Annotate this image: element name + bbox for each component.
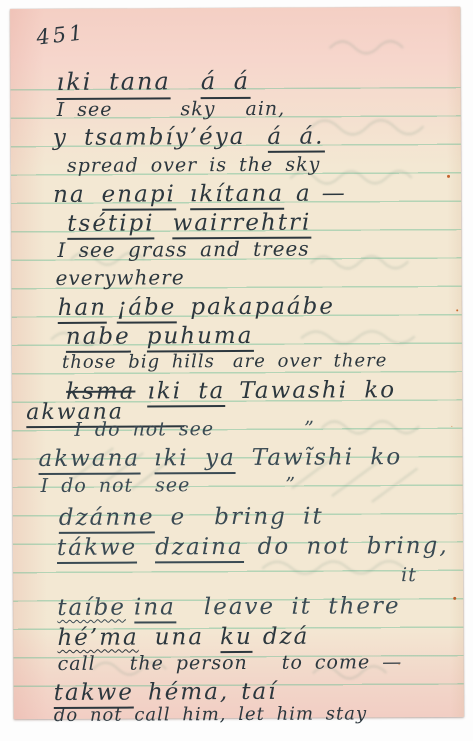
native-text: dzaina bbox=[155, 534, 244, 564]
gloss-text: call bbox=[58, 654, 96, 676]
handwritten-line-9: han¡ábepakapaábe bbox=[58, 293, 335, 324]
handwritten-line-15: akwanaıki yaTawĩshi ko bbox=[38, 444, 402, 475]
native-text: tákwe bbox=[57, 535, 137, 565]
gloss-text: I see grass and trees bbox=[57, 238, 309, 262]
handwritten-line-1: ıki tanaá á bbox=[56, 68, 250, 100]
gloss-text: spread over is the sky bbox=[67, 155, 320, 178]
handwritten-line-2: I seeskyain, bbox=[57, 99, 286, 122]
handwritten-line-16: I do notsee” bbox=[41, 475, 297, 498]
native-text: tsétipi bbox=[67, 210, 154, 240]
handwritten-line-4: spread over is the sky bbox=[67, 155, 320, 178]
handwritten-line-22: callthe persontocome — bbox=[58, 652, 403, 676]
native-text: taí bbox=[241, 679, 277, 706]
handwritten-line-14: I do not see” bbox=[74, 419, 315, 442]
gloss-text: are over there bbox=[233, 351, 388, 372]
native-text: Tawĩshi ko bbox=[252, 444, 403, 471]
native-text: ina bbox=[134, 594, 176, 624]
native-text: na bbox=[53, 182, 86, 209]
native-text: e bbox=[171, 504, 187, 531]
gloss-text: do not call him, let him stay bbox=[54, 704, 367, 726]
native-text: una bbox=[155, 624, 204, 651]
handwritten-line-3: y tsambíy’éyaá á. bbox=[53, 124, 325, 155]
native-text: — bbox=[322, 180, 347, 207]
native-text: á á bbox=[201, 68, 250, 99]
native-text: ıki ya bbox=[154, 445, 236, 475]
handwritten-line-6: tsétipiwairrehtri bbox=[67, 210, 311, 241]
gloss-text: I see bbox=[57, 100, 113, 122]
handwritten-line-24: do not call him, let him stay bbox=[54, 704, 367, 726]
gloss-text: the person bbox=[130, 653, 248, 675]
handwritten-line-19: it bbox=[401, 565, 417, 587]
scanned-document: { "document": { "kind": "handwritten fie… bbox=[0, 0, 473, 741]
handwritten-line-21: hé’maunakudzá bbox=[57, 624, 309, 655]
native-text: akwana bbox=[38, 446, 140, 476]
handwritten-line-20: taíbeinaleave it there bbox=[57, 593, 400, 624]
manuscript-page: 451 ıki tanaá áI seeskyain,y tsambíy’éya… bbox=[10, 7, 464, 719]
handwritten-line-17: dzánneebring it bbox=[59, 504, 324, 535]
handwritten-line-7: I see grass and trees bbox=[57, 238, 309, 262]
handwritten-line-18: tákwedzainado not bring, bbox=[57, 533, 449, 564]
gloss-text: see bbox=[155, 475, 190, 497]
native-text: bring it bbox=[214, 504, 324, 531]
native-text: ku bbox=[220, 624, 253, 654]
native-text: dzánne bbox=[59, 504, 155, 534]
native-text: dzá bbox=[263, 624, 310, 651]
handwritten-line-10: nabepuhuma bbox=[66, 323, 254, 353]
handwritten-line-5: naenapiıkítanaa— bbox=[53, 180, 347, 211]
native-text: a bbox=[296, 181, 312, 208]
gloss-text: come — bbox=[315, 652, 403, 674]
native-text: ıki tana bbox=[56, 68, 170, 99]
native-text: wairrehtri bbox=[173, 210, 312, 240]
gloss-text: ” bbox=[304, 419, 315, 441]
native-text: á á. bbox=[267, 124, 324, 154]
native-text: puhuma bbox=[147, 323, 254, 353]
native-text: nabe bbox=[66, 324, 131, 354]
handwritten-line-11: those big hillsare over there bbox=[62, 351, 387, 373]
native-text: hé’ma bbox=[57, 625, 138, 652]
gloss-text: those big hills bbox=[62, 352, 215, 373]
native-text: taíbe bbox=[57, 595, 126, 622]
native-text: héma, bbox=[148, 679, 229, 706]
gloss-text: I do not see bbox=[74, 419, 214, 442]
gloss-text: everywhere bbox=[55, 266, 184, 290]
native-text: ıkítana bbox=[190, 181, 284, 211]
gloss-text: it bbox=[401, 565, 417, 587]
native-text: leave it there bbox=[204, 593, 401, 620]
gloss-text: ” bbox=[285, 475, 296, 497]
native-text: Tawashi ko bbox=[239, 377, 396, 404]
gloss-text: I do not bbox=[41, 476, 134, 498]
native-text: han bbox=[58, 295, 107, 325]
gloss-text: sky bbox=[180, 99, 215, 121]
foxing-specks bbox=[447, 175, 450, 178]
native-text: enapi bbox=[102, 181, 176, 211]
native-text: pakapaábe bbox=[190, 293, 335, 320]
native-text: ¡ábe bbox=[117, 294, 176, 324]
native-text: do not bring, bbox=[258, 533, 449, 560]
handwritten-line-8: everywhere bbox=[55, 266, 184, 290]
native-text: y tsambíy’éya bbox=[53, 124, 246, 151]
gloss-text: ain, bbox=[245, 99, 285, 121]
gloss-text: to bbox=[282, 653, 303, 675]
